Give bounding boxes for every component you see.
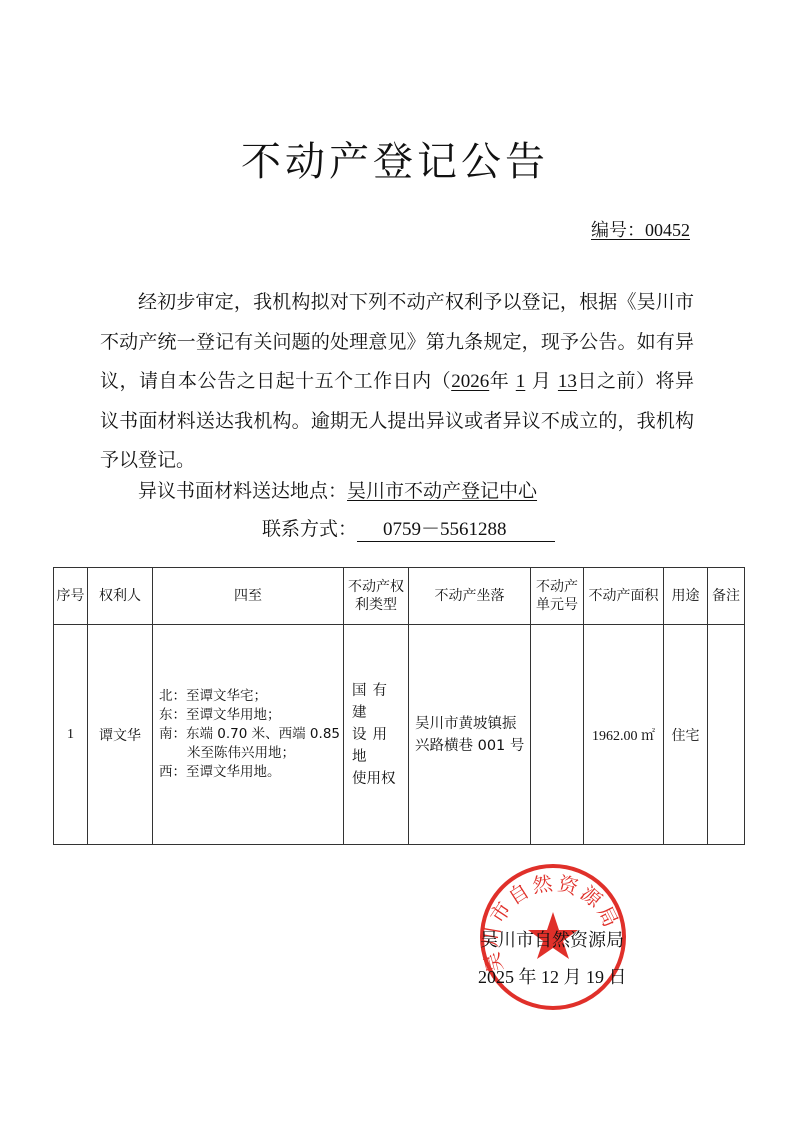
location-line1: 吴川市黄坡镇振 [415, 713, 530, 735]
contact-label: 联系方式： [262, 518, 357, 540]
serial-label: 编号： [591, 220, 645, 241]
deadline-day: 13 [558, 371, 577, 392]
cell-owner: 谭文华 [88, 625, 153, 845]
issue-day: 19 [586, 967, 604, 987]
header-unit-no-line1: 不动产 [536, 579, 578, 595]
bound-east: 东：至谭文华用地； [159, 706, 343, 725]
issuing-organization: 吴川市自然资源局 [480, 926, 624, 952]
year-char: 年 [489, 370, 509, 392]
cell-remark [708, 625, 745, 845]
header-bounds: 四至 [153, 568, 344, 625]
cell-unit-no [531, 625, 584, 845]
table-header-row: 序号 权利人 四至 不动产权利类型 不动产坐落 不动产单元号 不动产面积 用途 … [54, 568, 745, 625]
serial-number: 编号：00452 [591, 216, 690, 242]
header-unit-no-line2: 单元号 [536, 597, 578, 613]
right-type-line2: 设用地 [352, 724, 408, 768]
issue-day-char: 日 [609, 967, 627, 988]
bound-south-1: 南：东端 0.70 米、西端 0.85 [159, 725, 343, 744]
right-type-line3: 使用权 [352, 768, 408, 790]
header-remark: 备注 [708, 568, 745, 625]
announcement-body: 经初步审定，我机构拟对下列不动产权利予以登记，根据《吴川市不动产统一登记有关问题… [100, 283, 694, 481]
cell-area: 1962.00 ㎡ [584, 625, 664, 845]
issue-month-char: 月 [564, 967, 582, 988]
issue-year-char: 年 [519, 967, 537, 988]
cell-usage: 住宅 [664, 625, 708, 845]
issue-date: 2025 年 12 月 19 日 [478, 963, 627, 989]
location-line2: 兴路横巷 001 号 [415, 735, 530, 757]
cell-bounds: 北：至谭文华宅； 东：至谭文华用地； 南：东端 0.70 米、西端 0.85 米… [153, 625, 344, 845]
objection-address: 吴川市不动产登记中心 [347, 480, 537, 502]
bound-west: 西：至谭文华用地。 [159, 763, 343, 782]
serial-value: 00452 [645, 220, 690, 240]
deadline-month: 1 [516, 371, 526, 392]
issue-year: 2025 [478, 967, 514, 987]
header-area: 不动产面积 [584, 568, 664, 625]
contact-phone: 0759－5561288 [357, 514, 555, 542]
right-type-line1: 国有建 [352, 680, 408, 724]
table-row: 1 谭文华 北：至谭文华宅； 东：至谭文华用地； 南：东端 0.70 米、西端 … [54, 625, 745, 845]
contact-line: 联系方式：0759－5561288 [262, 514, 555, 542]
header-right-type: 不动产权利类型 [344, 568, 409, 625]
cell-location: 吴川市黄坡镇振 兴路横巷 001 号 [409, 625, 531, 845]
header-location: 不动产坐落 [409, 568, 531, 625]
objection-address-label: 异议书面材料送达地点： [138, 480, 347, 502]
cell-right-type: 国有建 设用地 使用权 [344, 625, 409, 845]
header-right-type-line2: 利类型 [355, 597, 397, 613]
month-char: 月 [532, 370, 552, 392]
registration-table: 序号 权利人 四至 不动产权利类型 不动产坐落 不动产单元号 不动产面积 用途 … [53, 567, 745, 845]
document-title: 不动产登记公告 [0, 130, 790, 187]
header-seq: 序号 [54, 568, 88, 625]
issue-month: 12 [541, 967, 559, 987]
header-owner: 权利人 [88, 568, 153, 625]
deadline-year: 2026 [451, 371, 489, 392]
bound-south-2: 米至陈伟兴用地； [159, 744, 343, 763]
objection-address-line: 异议书面材料送达地点：吴川市不动产登记中心 [138, 476, 537, 503]
header-usage: 用途 [664, 568, 708, 625]
cell-seq: 1 [54, 625, 88, 845]
header-unit-no: 不动产单元号 [531, 568, 584, 625]
bound-north: 北：至谭文华宅； [159, 687, 343, 706]
header-right-type-line1: 不动产权 [348, 579, 404, 595]
